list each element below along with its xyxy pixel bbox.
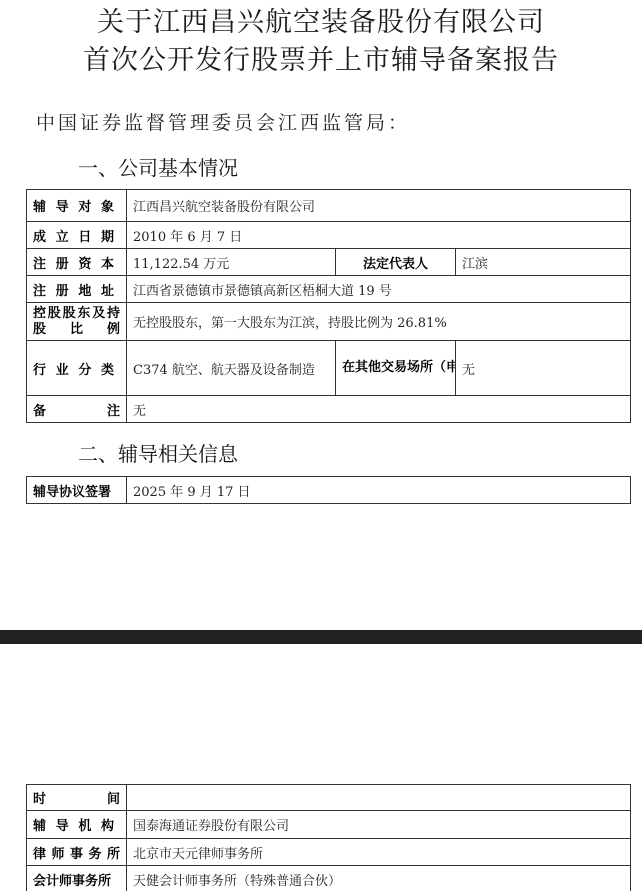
table-row: 时间 — [27, 785, 631, 811]
registered-address-value: 江西省景德镇市景德镇高新区梧桐大道 19 号 — [127, 276, 631, 303]
table-row: 成立日期 2010 年 6 月 7 日 — [27, 222, 631, 249]
tutoring-info-table: 辅导协议签署 2025 年 9 月 17 日 — [26, 476, 631, 504]
row-label: 注册地址 — [27, 276, 127, 303]
table-row: 辅导协议签署 2025 年 9 月 17 日 — [27, 477, 631, 504]
table-row: 行业分类 C374 航空、航天器及设备制造 在其他交易场所（申请）挂牌或上市的情… — [27, 341, 631, 396]
section-heading-tutoring-info: 二、辅导相关信息 — [78, 438, 238, 467]
other-listing-label: 在其他交易场所（申请）挂牌或上市的情况 — [336, 341, 456, 396]
accounting-firm-label: 会计师事务所 — [27, 866, 127, 891]
table-row: 注册地址 江西省景德镇市景德镇高新区梧桐大道 19 号 — [27, 276, 631, 303]
table-row: 备注 无 — [27, 396, 631, 423]
time-value — [127, 785, 631, 811]
law-firm-value: 北京市天元律师事务所 — [127, 839, 631, 866]
established-date-value: 2010 年 6 月 7 日 — [127, 222, 631, 249]
row-label: 控股股东及持 股比例 — [27, 303, 127, 341]
industry-value: C374 航空、航天器及设备制造 — [127, 341, 336, 396]
agreement-signing-value: 2025 年 9 月 17 日 — [127, 477, 631, 504]
table-row: 会计师事务所 天健会计师事务所（特殊普通合伙） — [27, 866, 631, 891]
row-label: 律师事务所 — [27, 839, 127, 866]
table-row: 律师事务所 北京市天元律师事务所 — [27, 839, 631, 866]
row-label: 备注 — [27, 396, 127, 423]
registered-capital-value: 11,122.54 万元 — [127, 249, 336, 276]
controlling-shareholder-value: 无控股股东，第一大股东为江滨，持股比例为 26.81% — [127, 303, 631, 341]
table-row: 辅导对象 江西昌兴航空装备股份有限公司 — [27, 190, 631, 222]
row-label: 行业分类 — [27, 341, 127, 396]
page-break-divider — [0, 630, 642, 644]
table-row: 注册资本 11,122.54 万元 法定代表人 江滨 — [27, 249, 631, 276]
agreement-signing-label: 辅导协议签署 — [27, 477, 127, 504]
table-row: 辅导机构 国泰海通证券股份有限公司 — [27, 811, 631, 839]
row-label: 辅导对象 — [27, 190, 127, 222]
document-title-line-1: 关于江西昌兴航空装备股份有限公司 — [0, 0, 642, 39]
other-listing-value: 无 — [456, 341, 631, 396]
row-label: 成立日期 — [27, 222, 127, 249]
document-page-2: 时间 辅导机构 国泰海通证券股份有限公司 律师事务所 北京市天元律师事务所 会计… — [0, 644, 642, 891]
accounting-firm-value: 天健会计师事务所（特殊普通合伙） — [127, 866, 631, 891]
legal-rep-value: 江滨 — [456, 249, 631, 276]
section-heading-company-info: 一、公司基本情况 — [78, 152, 238, 181]
company-info-table: 辅导对象 江西昌兴航空装备股份有限公司 成立日期 2010 年 6 月 7 日 … — [26, 189, 631, 423]
legal-rep-label: 法定代表人 — [336, 249, 456, 276]
row-label: 时间 — [27, 785, 127, 811]
tutoring-parties-table: 时间 辅导机构 国泰海通证券股份有限公司 律师事务所 北京市天元律师事务所 会计… — [26, 784, 631, 891]
addressee: 中国证券监督管理委员会江西监管局： — [36, 108, 410, 135]
tutoring-target-value: 江西昌兴航空装备股份有限公司 — [127, 190, 631, 222]
row-label: 注册资本 — [27, 249, 127, 276]
document-page-1: 关于江西昌兴航空装备股份有限公司 首次公开发行股票并上市辅导备案报告 中国证券监… — [0, 0, 642, 630]
table-row: 控股股东及持 股比例 无控股股东，第一大股东为江滨，持股比例为 26.81% — [27, 303, 631, 341]
tutoring-institution-value: 国泰海通证券股份有限公司 — [127, 811, 631, 839]
remarks-value: 无 — [127, 396, 631, 423]
row-label: 辅导机构 — [27, 811, 127, 839]
document-title-line-2: 首次公开发行股票并上市辅导备案报告 — [0, 38, 642, 77]
